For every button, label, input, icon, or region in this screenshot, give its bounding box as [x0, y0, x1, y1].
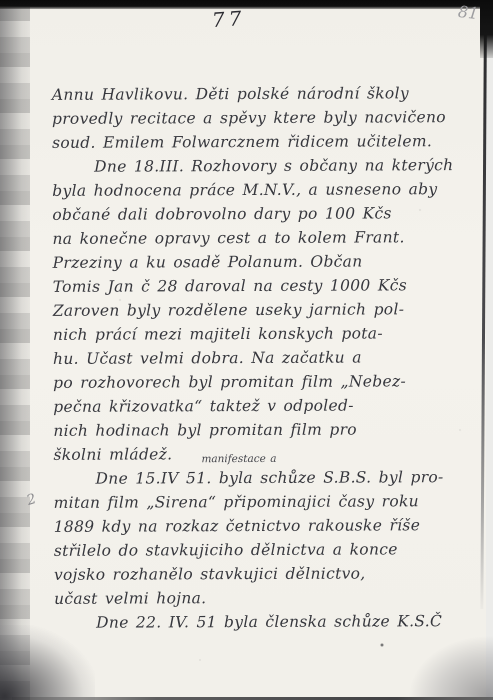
manuscript-line: mitan film „Sirena“ připominajici časy r…: [54, 489, 448, 515]
manuscript-line: nich prácí mezi majiteli konskych pota-: [53, 321, 447, 347]
page-number: 77: [211, 6, 246, 32]
manuscript-line: Zaroven byly rozdělene useky jarnich pol…: [53, 297, 447, 323]
manuscript-line: soud. Emilem Folwarcznem řidicem učitele…: [52, 129, 446, 155]
manuscript-line: Przeziny a ku osadě Polanum. Občan: [53, 249, 447, 275]
manuscript-line: Dne 15.IV 51. byla schůze S.B.S. byl pro…: [53, 465, 447, 491]
manuscript-line: Dne 18.III. Rozhovory s občany na kterýc…: [52, 153, 446, 179]
scanned-page: 77 81 2 manifestace a Annu Havlikovu. Dě…: [0, 0, 493, 700]
scan-top-border: [0, 0, 493, 9]
handwritten-text-block: manifestace a Annu Havlikovu. Děti polsk…: [52, 81, 448, 635]
manuscript-line: na konečne opravy cest a to kolem Frant.: [52, 225, 446, 251]
manuscript-line: občané dali dobrovolno dary po 100 Kčs: [52, 201, 446, 227]
manuscript-line: po rozhovorech byl promitan film „Nebez-: [53, 369, 447, 395]
manuscript-line: byla hodnocena práce M.N.V., a usneseno …: [52, 177, 446, 203]
bottom-left-smudge: [0, 625, 95, 700]
manuscript-line: učast velmi hojna.: [54, 585, 448, 611]
interline-insertion-note: manifestace a: [201, 454, 276, 464]
manuscript-line: střilelo do stavkujiciho dělnictva a kon…: [54, 537, 448, 563]
manuscript-line: provedly recitace a spěvy ktere byly nac…: [52, 105, 446, 131]
manuscript-line: 1889 kdy na rozkaz četnictvo rakouske ří…: [54, 513, 448, 539]
scan-corner-border: [480, 0, 493, 58]
manuscript-line: vojsko rozhanělo stavkujici dělnictvo,: [54, 561, 448, 587]
archive-corner-number: 81: [457, 2, 479, 23]
manuscript-line: Dne 22. IV. 51 byla členska schůze K.S.Č: [54, 609, 448, 635]
manuscript-line: hu. Učast velmi dobra. Na začatku a: [53, 345, 447, 371]
manuscript-line: nich hodinach byl promitan film pro: [53, 417, 447, 443]
book-gutter-shadow: [0, 7, 30, 700]
manuscript-line: pečna křizovatka“ taktež v odpoled-: [53, 393, 447, 419]
page-edge-paper: [486, 9, 493, 700]
manuscript-line: Annu Havlikovu. Děti polské národní škol…: [52, 81, 446, 107]
manuscript-line: Tomis Jan č 28 daroval na cesty 1000 Kčs: [53, 273, 447, 299]
bottom-right-smudge: [408, 635, 493, 700]
